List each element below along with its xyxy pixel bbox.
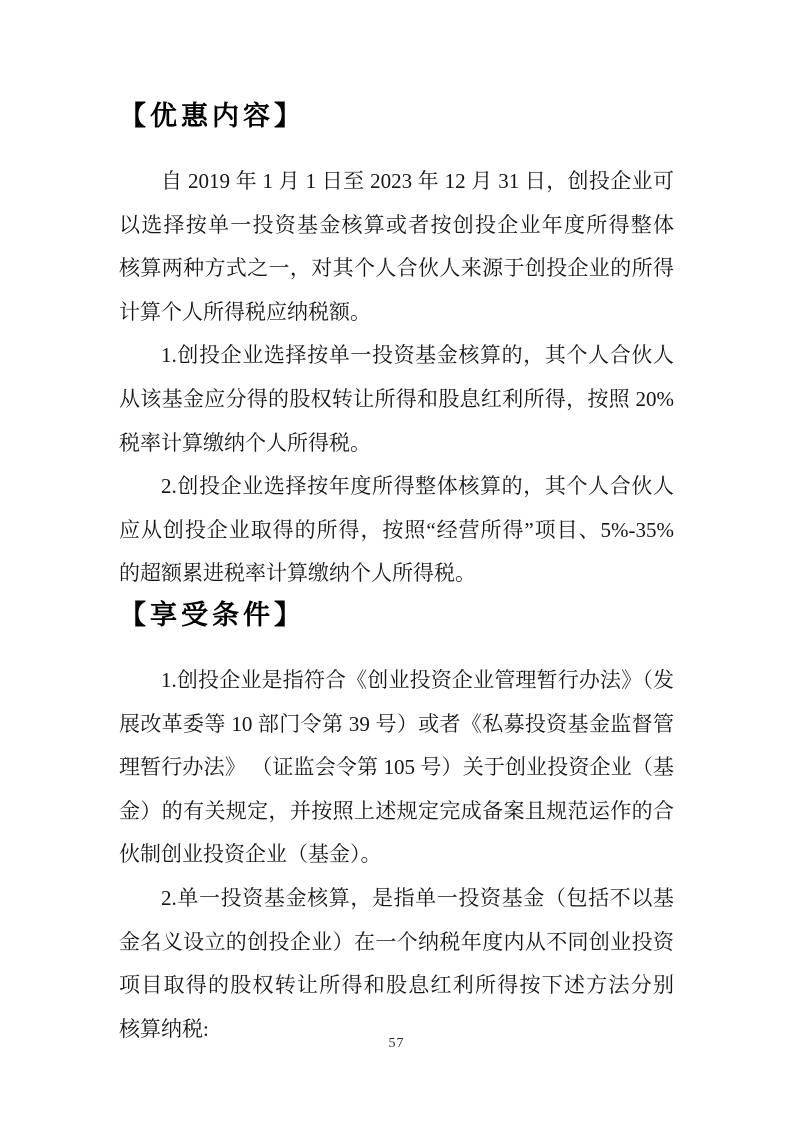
section-heading-eligibility: 【享受条件】 bbox=[119, 599, 674, 632]
text-line: 2.创投企业选择按年度所得整体核算的，其个人合伙人 bbox=[119, 465, 674, 509]
text-line: 以选择按单一投资基金核算或者按创投企业年度所得整体 bbox=[119, 204, 674, 248]
paragraph: 自 2019 年 1 月 1 日至 2023 年 12 月 31 日，创投企业可… bbox=[119, 160, 674, 334]
text-line: 应从创投企业取得的所得，按照“经营所得”项目、5%-35% bbox=[119, 509, 674, 553]
page-number: 57 bbox=[0, 1036, 793, 1052]
text-line: 核算两种方式之一，对其个人合伙人来源于创投企业的所得 bbox=[119, 247, 674, 291]
text-line: 理暂行办法》 （证监会令第 105 号）关于创业投资企业（基 bbox=[119, 746, 674, 790]
text-line: 计算个人所得税应纳税额。 bbox=[119, 291, 674, 335]
paragraph: 1.创投企业是指符合《创业投资企业管理暂行办法》（发 展改革委等 10 部门令第… bbox=[119, 659, 674, 877]
paragraph: 1.创投企业选择按单一投资基金核算的，其个人合伙人 从该基金应分得的股权转让所得… bbox=[119, 334, 674, 465]
text-line: 税率计算缴纳个人所得税。 bbox=[119, 422, 674, 466]
text-line: 展改革委等 10 部门令第 39 号）或者《私募投资基金监督管 bbox=[119, 703, 674, 747]
paragraph: 2.创投企业选择按年度所得整体核算的，其个人合伙人 应从创投企业取得的所得，按照… bbox=[119, 465, 674, 596]
document-page: 【优惠内容】 自 2019 年 1 月 1 日至 2023 年 12 月 31 … bbox=[0, 0, 793, 1122]
document-content: 【优惠内容】 自 2019 年 1 月 1 日至 2023 年 12 月 31 … bbox=[119, 100, 674, 1051]
text-line: 金）的有关规定，并按照上述规定完成备案且规范运作的合 bbox=[119, 790, 674, 834]
text-line: 1.创投企业是指符合《创业投资企业管理暂行办法》（发 bbox=[119, 659, 674, 703]
section-heading-benefit-content: 【优惠内容】 bbox=[119, 100, 674, 133]
text-line: 1.创投企业选择按单一投资基金核算的，其个人合伙人 bbox=[119, 334, 674, 378]
text-line: 金名义设立的创投企业）在一个纳税年度内从不同创业投资 bbox=[119, 921, 674, 965]
text-line: 从该基金应分得的股权转让所得和股息红利所得，按照 20% bbox=[119, 378, 674, 422]
text-line: 项目取得的股权转让所得和股息红利所得按下述方法分别 bbox=[119, 964, 674, 1008]
text-line: 伙制创业投资企业（基金）。 bbox=[119, 833, 674, 877]
text-line: 的超额累进税率计算缴纳个人所得税。 bbox=[119, 552, 674, 596]
text-line: 2.单一投资基金核算，是指单一投资基金（包括不以基 bbox=[119, 877, 674, 921]
paragraph: 2.单一投资基金核算，是指单一投资基金（包括不以基 金名义设立的创投企业）在一个… bbox=[119, 877, 674, 1051]
text-line: 自 2019 年 1 月 1 日至 2023 年 12 月 31 日，创投企业可 bbox=[119, 160, 674, 204]
